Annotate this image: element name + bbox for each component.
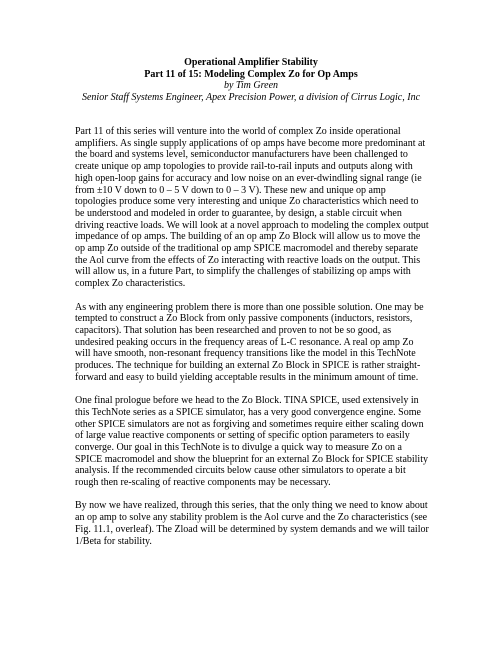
author-title: Senior Staff Systems Engineer, Apex Prec…: [0, 92, 502, 104]
document-title: Operational Amplifier Stability: [0, 57, 502, 69]
document-page: Operational Amplifier Stability Part 11 …: [0, 0, 502, 649]
document-subtitle: Part 11 of 15: Modeling Complex Zo for O…: [0, 69, 502, 81]
paragraph-3: One final prologue before we head to the…: [75, 395, 429, 489]
document-body: Part 11 of this series will venture into…: [75, 126, 429, 559]
paragraph-1: Part 11 of this series will venture into…: [75, 126, 429, 290]
paragraph-4: By now we have realized, through this se…: [75, 500, 429, 547]
paragraph-2: As with any engineering problem there is…: [75, 302, 429, 384]
byline: by Tim Green: [0, 80, 502, 92]
document-header: Operational Amplifier Stability Part 11 …: [0, 57, 502, 103]
